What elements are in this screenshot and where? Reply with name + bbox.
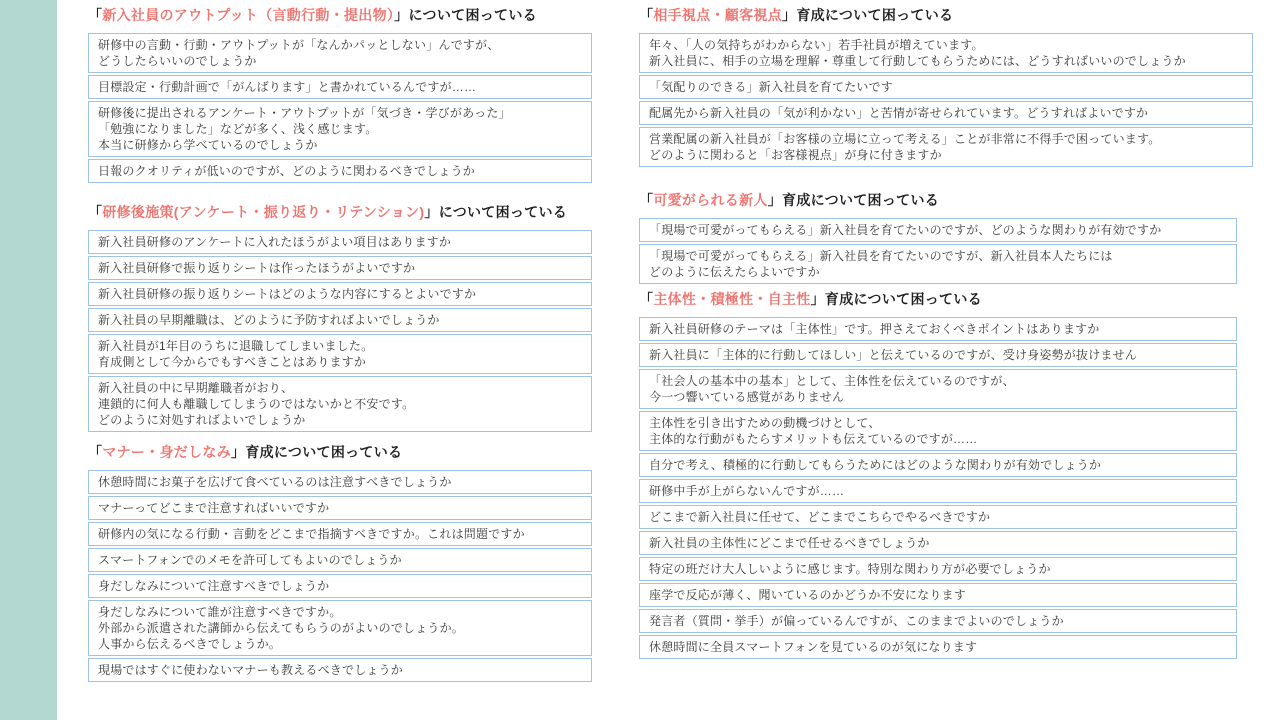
category-heading: 「主体性・積極性・自主性」育成について困っている — [639, 290, 1237, 309]
question-item: 年々、「人の気持ちがわからない」若手社員が増えています。 新入社員に、相手の立場… — [639, 33, 1253, 73]
heading-bracket-open: 「 — [88, 7, 102, 23]
category-section: 「研修後施策(アンケート・振り返り・リテンション)」について困っている新入社員研… — [88, 203, 592, 434]
question-item: 新入社員の早期離職は、どのように予防すればよいでしょうか — [88, 308, 592, 332]
category-section: 「新入社員のアウトプット（言動行動・提出物）」について困っている研修中の言動・行… — [88, 6, 592, 185]
question-item: 身だしなみについて誰が注意すべきですか。 外部から派遣された講師から伝えてもらう… — [88, 600, 592, 656]
category-heading: 「相手視点・顧客視点」育成について困っている — [639, 6, 1253, 25]
question-item: 「社会人の基本中の基本」として、主体性を伝えているのですが、 今一つ響いている感… — [639, 369, 1237, 409]
question-item: スマートフォンでのメモを許可してもよいのでしょうか — [88, 548, 592, 572]
question-item: 配属先から新入社員の「気が利かない」と苦情が寄せられています。どうすればよいです… — [639, 101, 1253, 125]
question-item: 休憩時間にお菓子を広げて食べているのは注意すべきでしょうか — [88, 470, 592, 494]
question-item: 新入社員研修のアンケートに入れたほうがよい項目はありますか — [88, 230, 592, 254]
left-accent-bar — [0, 0, 57, 720]
question-item: 研修内の気になる行動・言動をどこまで指摘すべきですか。これは問題ですか — [88, 522, 592, 546]
question-item: 新入社員の主体性にどこまで任せるべきでしょうか — [639, 531, 1237, 555]
heading-bracket-open: 「 — [639, 7, 653, 23]
category-name-highlight: 可愛がられる新人 — [653, 192, 767, 208]
heading-trailing-text: 」について困っている — [424, 204, 567, 220]
question-item: 発言者（質問・挙手）が偏っているんですが、このままでよいのでしょうか — [639, 609, 1237, 633]
question-item: 研修中の言動・行動・アウトプットが「なんかパッとしない」んですが、 どうしたらい… — [88, 33, 592, 73]
question-item: 主体性を引き出すための動機づけとして、 主体的な行動がもたらすメリットも伝えてい… — [639, 411, 1237, 451]
category-heading: 「マナー・身だしなみ」育成について困っている — [88, 443, 592, 462]
category-name-highlight: 研修後施策(アンケート・振り返り・リテンション) — [102, 204, 424, 220]
slide-canvas: 「新入社員のアウトプット（言動行動・提出物）」について困っている研修中の言動・行… — [0, 0, 1280, 720]
category-section: 「可愛がられる新人」育成について困っている「現場で可愛がってもらえる」新入社員を… — [639, 191, 1237, 286]
category-name-highlight: 主体性・積極性・自主性 — [653, 291, 810, 307]
heading-trailing-text: 」育成について困っている — [231, 444, 402, 460]
question-item: 新入社員に「主体的に行動してほしい」と伝えているのですが、受け身姿勢が抜けません — [639, 343, 1237, 367]
question-item: 営業配属の新入社員が「お客様の立場に立って考える」ことが非常に不得手で困っていま… — [639, 127, 1253, 167]
question-item: 「現場で可愛がってもらえる」新入社員を育てたいのですが、どのような関わりが有効で… — [639, 218, 1237, 242]
category-section: 「主体性・積極性・自主性」育成について困っている新入社員研修のテーマは「主体性」… — [639, 290, 1237, 661]
category-name-highlight: マナー・身だしなみ — [102, 444, 231, 460]
question-item: 「気配りのできる」新入社員を育てたいです — [639, 75, 1253, 99]
question-item: 新入社員の中に早期離職者がおり、 連鎖的に何人も離職してしまうのではないかと不安… — [88, 376, 592, 432]
question-item: 現場ではすぐに使わないマナーも教えるべきでしょうか — [88, 658, 592, 682]
heading-trailing-text: 」育成について困っている — [811, 291, 982, 307]
category-name-highlight: 新入社員のアウトプット（言動行動・提出物） — [102, 7, 394, 23]
heading-bracket-open: 「 — [639, 291, 653, 307]
category-name-highlight: 相手視点・顧客視点 — [653, 7, 782, 23]
question-item: 新入社員研修の振り返りシートはどのような内容にするとよいですか — [88, 282, 592, 306]
question-item: 「現場で可愛がってもらえる」新入社員を育てたいのですが、新入社員本人たちには ど… — [639, 244, 1237, 284]
heading-bracket-open: 「 — [639, 192, 653, 208]
heading-bracket-open: 「 — [88, 444, 102, 460]
question-item: 座学で反応が薄く、聞いているのかどうか不安になります — [639, 583, 1237, 607]
question-item: どこまで新入社員に任せて、どこまでこちらでやるべきですか — [639, 505, 1237, 529]
category-heading: 「可愛がられる新人」育成について困っている — [639, 191, 1237, 210]
category-section: 「マナー・身だしなみ」育成について困っている休憩時間にお菓子を広げて食べているの… — [88, 443, 592, 684]
heading-trailing-text: 」育成について困っている — [768, 192, 939, 208]
question-item: 目標設定・行動計画で「がんばります」と書かれているんですが…… — [88, 75, 592, 99]
heading-trailing-text: 」について困っている — [394, 7, 537, 23]
question-item: 研修後に提出されるアンケート・アウトプットが「気づき・学びがあった」 「勉強にな… — [88, 101, 592, 157]
question-item: 新入社員研修で振り返りシートは作ったほうがよいですか — [88, 256, 592, 280]
question-item: 研修中手が上がらないんですが…… — [639, 479, 1237, 503]
heading-bracket-open: 「 — [88, 204, 102, 220]
heading-trailing-text: 」育成について困っている — [782, 7, 953, 23]
question-item: 日報のクオリティが低いのですが、どのように関わるべきでしょうか — [88, 159, 592, 183]
question-item: 新入社員研修のテーマは「主体性」です。押さえておくべきポイントはありますか — [639, 317, 1237, 341]
question-item: 休憩時間に全員スマートフォンを見ているのが気になります — [639, 635, 1237, 659]
category-heading: 「研修後施策(アンケート・振り返り・リテンション)」について困っている — [88, 203, 592, 222]
question-item: 新入社員が1年目のうちに退職してしまいました。 育成側として今からでもすべきこと… — [88, 334, 592, 374]
question-item: 自分で考え、積極的に行動してもらうためにはどのような関わりが有効でしょうか — [639, 453, 1237, 477]
question-item: 特定の班だけ大人しいように感じます。特別な関わり方が必要でしょうか — [639, 557, 1237, 581]
question-item: 身だしなみについて注意すべきでしょうか — [88, 574, 592, 598]
question-item: マナーってどこまで注意すればいいですか — [88, 496, 592, 520]
category-heading: 「新入社員のアウトプット（言動行動・提出物）」について困っている — [88, 6, 592, 25]
category-section: 「相手視点・顧客視点」育成について困っている年々、「人の気持ちがわからない」若手… — [639, 6, 1253, 169]
